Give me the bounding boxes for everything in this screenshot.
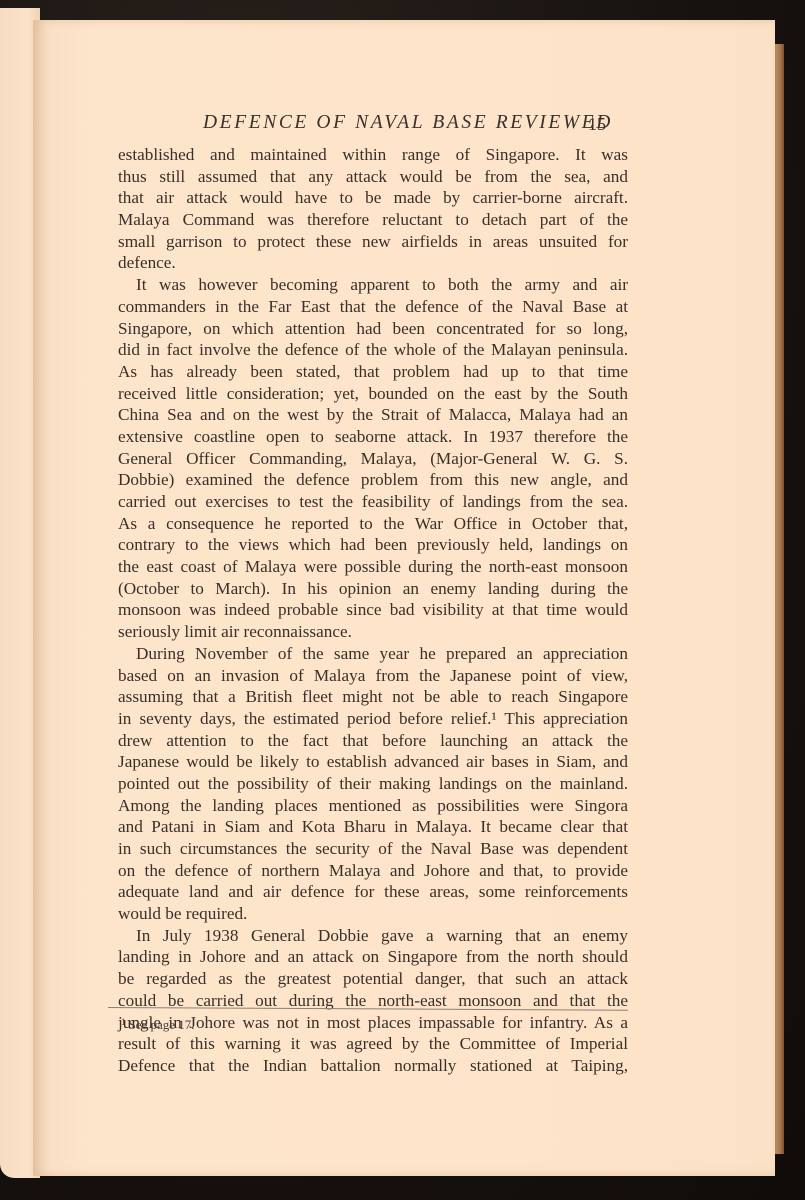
text-line: in such circumstances the security of th… bbox=[118, 838, 628, 860]
text-line: Singapore, on which attention had been c… bbox=[118, 318, 628, 340]
text-line: on the defence of northern Malaya and Jo… bbox=[118, 860, 628, 882]
text-line: assuming that a British fleet might not … bbox=[118, 686, 628, 708]
footnote-text: See page 17. bbox=[129, 1017, 195, 1032]
text-line: and Patani in Siam and Kota Bharu in Mal… bbox=[118, 816, 628, 838]
page-number: 15 bbox=[588, 114, 606, 135]
text-line: adequate land and air defence for these … bbox=[118, 881, 628, 903]
text-line: drew attention to the fact that before l… bbox=[118, 730, 628, 752]
text-line: commanders in the Far East that the defe… bbox=[118, 296, 628, 318]
text-line: seriously limit air reconnaissance. bbox=[118, 621, 628, 643]
text-line: established and maintained within range … bbox=[118, 144, 628, 166]
text-line: be regarded as the greatest potential da… bbox=[118, 968, 628, 990]
text-line: Malaya Command was therefore reluctant t… bbox=[118, 209, 628, 231]
text-line: China Sea and on the west by the Strait … bbox=[118, 404, 628, 426]
text-line: result of this warning it was agreed by … bbox=[118, 1033, 628, 1055]
text-line: (October to March). In his opinion an en… bbox=[118, 578, 628, 600]
running-head-title: DEFENCE OF NAVAL BASE REVIEWED bbox=[203, 112, 613, 134]
text-line: pointed out the possibility of their mak… bbox=[118, 773, 628, 795]
text-line: Japanese would be likely to establish ad… bbox=[118, 751, 628, 773]
text-line: contrary to the views which had been pre… bbox=[118, 534, 628, 556]
running-head: DEFENCE OF NAVAL BASE REVIEWED 15 bbox=[33, 112, 775, 142]
text-line: small garrison to protect these new airf… bbox=[118, 231, 628, 253]
text-line: landing in Johore and an attack on Singa… bbox=[118, 946, 628, 968]
text-line: in seventy days, the estimated period be… bbox=[118, 708, 628, 730]
text-line: the east coast of Malaya were possible d… bbox=[118, 556, 628, 578]
text-line: monsoon was indeed probable since bad vi… bbox=[118, 599, 628, 621]
text-line: did in fact involve the defence of the w… bbox=[118, 339, 628, 361]
text-line: defence. bbox=[118, 252, 628, 274]
text-line: thus still assumed that any attack would… bbox=[118, 166, 628, 188]
text-line: based on an invasion of Malaya from the … bbox=[118, 665, 628, 687]
text-line: would be required. bbox=[118, 903, 628, 925]
text-line: Among the landing places mentioned as po… bbox=[118, 795, 628, 817]
text-line: As has already been stated, that problem… bbox=[118, 361, 628, 383]
footnote-marker: 1 bbox=[121, 1017, 126, 1027]
body-text: established and maintained within range … bbox=[118, 144, 628, 1077]
text-line: received little consideration; yet, boun… bbox=[118, 383, 628, 405]
text-line: that air attack would have to be made by… bbox=[118, 187, 628, 209]
text-line: It was however becoming apparent to both… bbox=[118, 274, 628, 296]
footnote: 1See page 17. bbox=[121, 1017, 195, 1033]
text-line: carried out exercises to test the feasib… bbox=[118, 491, 628, 513]
text-line: In July 1938 General Dobbie gave a warni… bbox=[118, 925, 628, 947]
book-page: DEFENCE OF NAVAL BASE REVIEWED 15 establ… bbox=[33, 20, 775, 1176]
text-line: Defence that the Indian battalion normal… bbox=[118, 1055, 628, 1077]
text-line: Dobbie) examined the defence problem fro… bbox=[118, 469, 628, 491]
text-line: During November of the same year he prep… bbox=[118, 643, 628, 665]
text-line: General Officer Commanding, Malaya, (Maj… bbox=[118, 448, 628, 470]
text-line: extensive coastline open to seaborne att… bbox=[118, 426, 628, 448]
text-line: As a consequence he reported to the War … bbox=[118, 513, 628, 535]
